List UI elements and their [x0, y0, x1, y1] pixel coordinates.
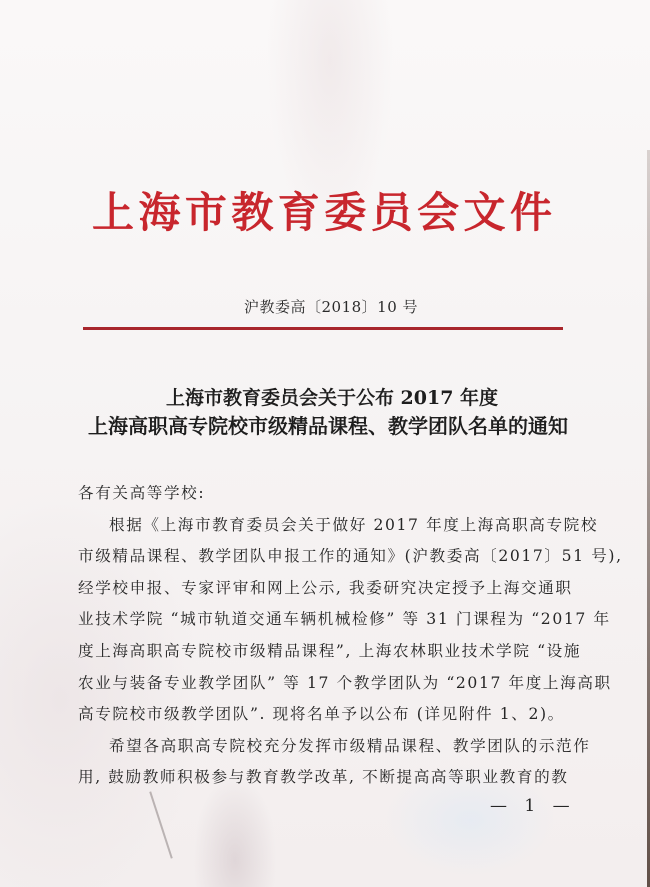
document-body: 各有关高等学校: 根据《上海市教育委员会关于做好 2017 年度上海高职高专院校… [78, 478, 562, 794]
body-line: 根据《上海市教育委员会关于做好 2017 年度上海高职高专院校 [78, 510, 562, 542]
masthead-char: 委 [324, 188, 366, 238]
body-line: 高专院校市级教学团队”. 现将名单予以公布 (详见附件 1、2)。 [78, 699, 562, 731]
salutation: 各有关高等学校: [78, 478, 562, 510]
masthead-char: 育 [278, 188, 320, 238]
masthead-char: 上 [92, 188, 134, 238]
body-line: 用, 鼓励教师积极参与教育教学改革, 不断提高高等职业教育的教 [78, 762, 562, 794]
masthead-char: 员 [371, 188, 413, 238]
masthead-char: 教 [231, 188, 273, 238]
body-line: 希望各高职高专院校充分发挥市级精品课程、教学团队的示范作 [78, 731, 562, 763]
masthead-char: 文 [464, 188, 506, 238]
document-masthead: 上 海 市 教 育 委 员 会 文 件 [92, 188, 552, 238]
body-line: 度上海高职高专院校市级精品课程”, 上海农林职业技术学院 “设施 [78, 636, 562, 668]
body-line: 业技术学院 “城市轨道交通车辆机械检修” 等 31 门课程为 “2017 年 [78, 604, 562, 636]
body-line: 市级精品课程、教学团队申报工作的通知》(沪教委高〔2017〕51 号), [78, 541, 562, 573]
masthead-char: 会 [417, 188, 459, 238]
masthead-char: 件 [510, 188, 552, 238]
page-number: — 1 — [490, 796, 576, 816]
red-divider-line [83, 327, 563, 330]
body-line: 农业与装备专业教学团队” 等 17 个教学团队为 “2017 年度上海高职 [78, 668, 562, 700]
masthead-char: 海 [138, 188, 180, 238]
document-title-line-2: 上海高职高专院校市级精品课程、教学团队名单的通知 [0, 413, 650, 439]
document-number: 沪教委高〔2018〕10 号 [0, 296, 650, 317]
masthead-char: 市 [185, 188, 227, 238]
document-title-line-1: 上海市教育委员会关于公布 2017 年度 [0, 385, 650, 411]
body-line: 经学校申报、专家评审和网上公示, 我委研究决定授予上海交通职 [78, 573, 562, 605]
